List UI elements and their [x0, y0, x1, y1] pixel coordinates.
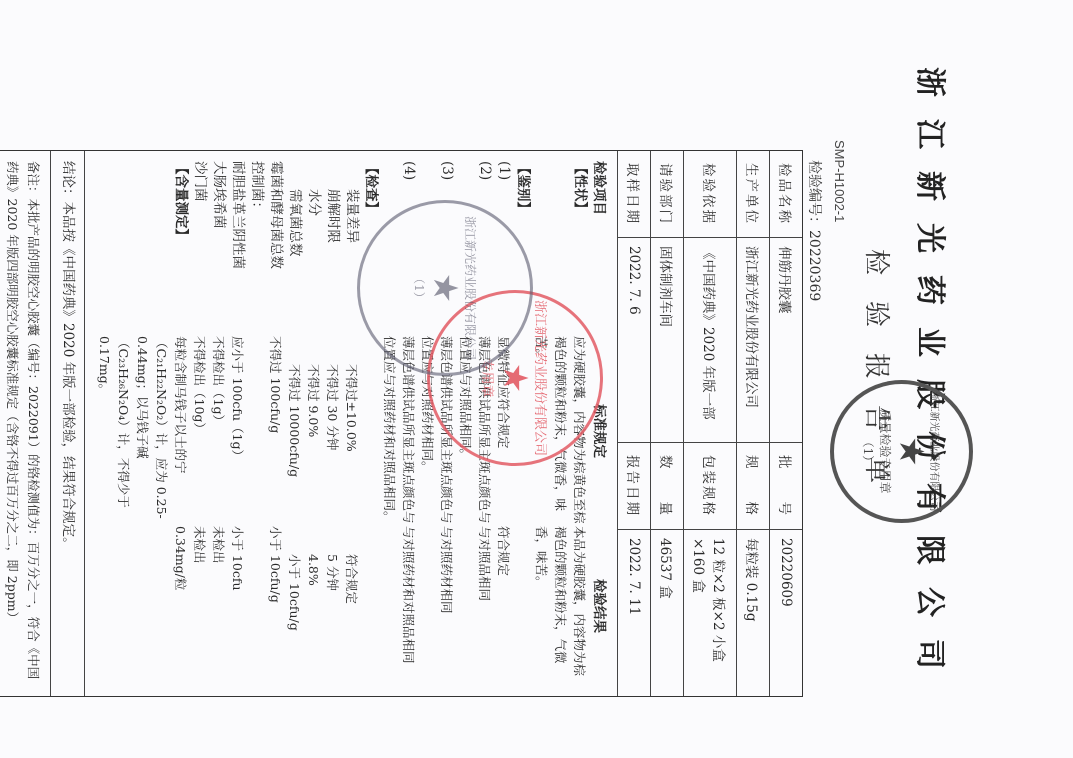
quantity-label: 数 量 — [651, 443, 683, 530]
batch-value: 20220609 — [770, 530, 802, 696]
result-item: 水分 — [304, 161, 323, 364]
result-value: 本品为硬胶囊，内容物为棕褐色的颗粒和粉末，气微香，味苦。 — [532, 526, 589, 686]
result-value: 小于 10cfu/g — [266, 526, 285, 686]
result-standard: 不得过 9.0% — [304, 364, 323, 554]
result-standard: 应小于 100cfu（1g） — [228, 336, 247, 526]
conclusion-label: 结论： — [60, 161, 76, 202]
info-row-product: 检品名称 伸筋丹胶囊 批 号 20220609 — [769, 151, 802, 696]
result-standard: 不得过±10.0% — [342, 364, 361, 554]
result-value: 5 分钟 — [323, 554, 342, 686]
result-row: 耐胆盐革兰阴性菌应小于 100cfu（1g）小于 10cfu — [228, 161, 247, 686]
result-row: 大肠埃希菌不得检出（1g）未检出 — [209, 161, 228, 686]
star-icon: ★ — [428, 273, 462, 303]
info-row-basis: 检验依据 《中国药典》2020 年版一部 包装规格 12 粒×2 板×2 小盒×… — [683, 151, 736, 696]
result-item: 【含量测定】 — [95, 161, 190, 336]
result-item: 霉菌和酵母菌总数 — [266, 161, 285, 336]
result-value: 符合规定 — [342, 554, 361, 686]
info-row-manufacturer: 生产单位 浙江新光药业股份有限公司 规 格 每粒装 0.15g — [736, 151, 769, 696]
document-page: 浙江新光药业股份有限公司 检验报告单 SMP-H1002-1 检验编号：2022… — [0, 0, 1073, 758]
result-item: 沙门菌 — [190, 161, 209, 336]
result-value — [513, 526, 532, 686]
result-row: 控制菌： — [247, 161, 266, 686]
info-row-dates: 取样日期 2022. 7. 6 报告日期 2022. 7. 11 — [617, 151, 650, 696]
product-name-label: 检品名称 — [770, 151, 802, 238]
result-value: 0.34mg/粒 — [95, 526, 190, 686]
result-item: 耐胆盐革兰阴性菌 — [228, 161, 247, 336]
inspection-number-label: 检验编号： — [806, 160, 822, 230]
info-row-dept: 请验部门 固体制剂车间 数 量 46537 盒 — [650, 151, 683, 696]
result-standard: 不得过 100cfu/g — [266, 336, 285, 526]
result-value — [247, 526, 266, 686]
result-value: 未检出 — [190, 526, 209, 686]
result-value: 4.8% — [304, 554, 323, 686]
conclusion-row: 结论：本品按《中国药典》2020 年版一部检验，结果符合规定。 — [50, 151, 84, 696]
result-value: 小于 10cfu — [228, 526, 247, 686]
product-name-value: 伸筋丹胶囊 — [770, 238, 802, 443]
star-icon: ★ — [498, 363, 532, 393]
sampling-date-label: 取样日期 — [618, 151, 650, 238]
result-item: 控制菌： — [247, 161, 266, 336]
result-row: 崩解时限不得过 30 分钟5 分钟 — [323, 161, 342, 686]
result-standard: 每粒含制马钱子以士的宁（C₂₁H₂₂N₂O₂）计，应为 0.25-0.44mg；… — [95, 336, 190, 526]
result-value: 小于 10cfu/g — [285, 554, 304, 686]
basis-value: 《中国药典》2020 年版一部 — [684, 238, 736, 443]
batch-label: 批 号 — [770, 443, 802, 530]
result-standard — [247, 336, 266, 526]
result-standard: 不得检出（1g） — [209, 336, 228, 526]
result-standard — [361, 336, 380, 526]
report-date-label: 报告日期 — [618, 443, 650, 530]
form-code: SMP-H1002-1 — [832, 140, 847, 222]
star-icon: ★ — [894, 436, 928, 466]
header-item: 检验项目 — [591, 161, 611, 336]
result-row: 需氧菌总数不得过 10000cfu/g小于 10cfu/g — [285, 161, 304, 686]
result-value: 符合规定 — [494, 526, 513, 686]
manufacturer-value: 浙江新光药业股份有限公司 — [737, 238, 769, 443]
qc-stamp: 浙江新光药业股份有限公司 ★ 质量检验专用章 （1） — [830, 380, 973, 523]
result-row: 沙门菌不得检出（10g）未检出 — [190, 161, 209, 686]
result-row: 装量差异不得过±10.0%符合规定 — [342, 161, 361, 686]
dept-value: 固体制剂车间 — [651, 238, 683, 443]
report-date-value: 2022. 7. 11 — [618, 530, 650, 696]
result-standard: 不得过 30 分钟 — [323, 364, 342, 554]
dept-label: 请验部门 — [651, 151, 683, 238]
result-value: 与对照药材相同 — [418, 526, 456, 686]
result-item: 装量差异 — [342, 161, 361, 364]
result-item: 大肠埃希菌 — [209, 161, 228, 336]
quantity-value: 46537 盒 — [651, 530, 683, 696]
result-row: 霉菌和酵母菌总数不得过 100cfu/g小于 10cfu/g — [266, 161, 285, 686]
results-header: 检验项目 标准规定 检验结果 — [591, 161, 611, 686]
result-standard: 不得过 10000cfu/g — [285, 364, 304, 554]
header-result: 检验结果 — [591, 526, 611, 686]
qc-stamp-num: （1） — [860, 436, 877, 468]
result-value: 未检出 — [209, 526, 228, 686]
qc-stamp-sub: 质量检验专用章 — [877, 409, 894, 493]
result-row: 水分不得过 9.0%4.8% — [304, 161, 323, 686]
manufacturer-label: 生产单位 — [737, 151, 769, 238]
conclusion-text: 本品按《中国药典》2020 年版一部检验，结果符合规定。 — [60, 202, 76, 551]
result-value: 与对照品相同 — [456, 526, 494, 686]
result-standard: 不得检出（10g） — [190, 336, 209, 526]
result-value — [361, 526, 380, 686]
result-item: 崩解时限 — [323, 161, 342, 364]
result-item: 需氧菌总数 — [285, 161, 304, 364]
basis-label: 检验依据 — [684, 151, 736, 238]
inspection-number-value: 20220369 — [806, 230, 822, 301]
gray-stamp-sub: （1） — [411, 272, 428, 304]
sampling-date-value: 2022. 7. 6 — [618, 238, 650, 443]
inspection-number: 检验编号：20220369 — [805, 160, 825, 301]
gray-company-stamp: 浙江新光药业股份有限公司 ★ （1） — [357, 200, 533, 376]
remark-text: 本批产品的明胶空心胶囊（编号：2022091）的铬检测值为：百万分之一，符合《中… — [5, 161, 41, 679]
package-value: 12 粒×2 板×2 小盒×160 盒 — [684, 530, 736, 696]
report-title: 检验报告单 — [860, 0, 897, 758]
remark-row: 备注：本批产品的明胶空心胶囊（编号：2022091）的铬检测值为：百万分之一，符… — [0, 151, 50, 696]
remark-label: 备注： — [26, 161, 41, 199]
result-value: 与对照药材和对照品相同 — [380, 526, 418, 686]
result-row: 【含量测定】每粒含制马钱子以士的宁（C₂₁H₂₂N₂O₂）计，应为 0.25-0… — [95, 161, 190, 686]
spec-value: 每粒装 0.15g — [737, 530, 769, 696]
spec-label: 规 格 — [737, 443, 769, 530]
package-label: 包装规格 — [684, 443, 736, 530]
company-title: 浙江新光药业股份有限公司 — [911, 0, 955, 758]
